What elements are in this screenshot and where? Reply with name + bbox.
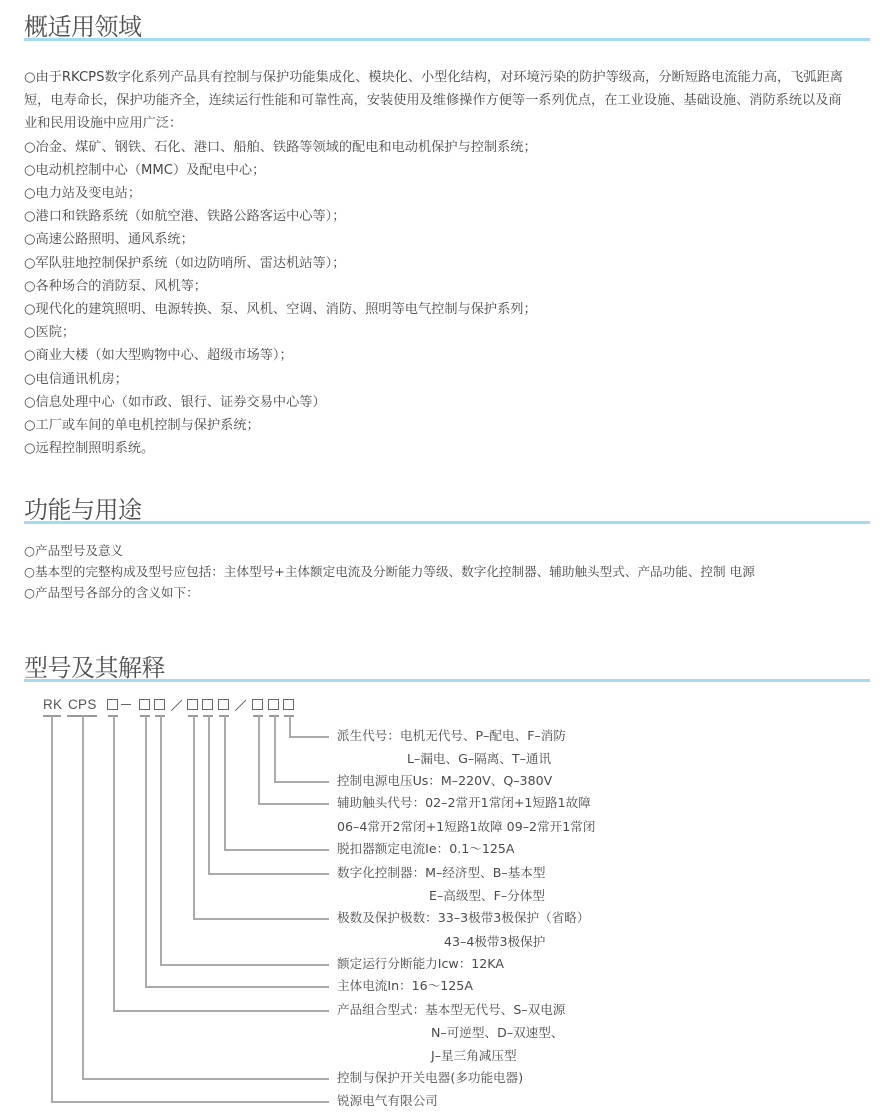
leader-main-current (145, 986, 329, 988)
code-prefix-rk: RK (43, 697, 62, 713)
connector-company (51, 716, 53, 1101)
leader-voltage (274, 781, 329, 783)
connector-aux (258, 716, 260, 803)
leader-company (51, 1101, 329, 1103)
desc-device-type: 控制与保护开关电器(多功能电器) (337, 1070, 523, 1086)
model-code-diagram: RK CPS 派生代号：电机无代号、P–配电、F–消防 L–漏电、G–隔离、T (0, 0, 880, 1117)
desc-trip-current: 脱扣器额定电流Ie：0.1～125A (337, 841, 515, 857)
connector-main-current (145, 716, 147, 986)
desc-control-voltage: 控制电源电压Us：M–220V、Q–380V (337, 773, 552, 789)
connector-poles (193, 716, 195, 918)
code-slash (235, 700, 247, 712)
leader-poles (193, 918, 329, 920)
code-box-controller (202, 699, 213, 710)
desc-derivative-cont: L–漏电、G–隔离、T–通讯 (407, 751, 551, 767)
desc-poles: 极数及保护极数：33–3极带3极保护（省略） (337, 910, 589, 926)
leader-trip (224, 849, 329, 851)
desc-digital-controller-cont: E–高级型、F–分体型 (429, 888, 545, 904)
desc-poles-cont: 43–4极带3极保护 (444, 934, 545, 950)
code-box-aux (252, 699, 263, 710)
code-box-voltage (268, 699, 279, 710)
leader-derivative (289, 736, 329, 738)
code-prefix-cps: CPS (68, 697, 97, 713)
connector-combination (113, 716, 115, 1010)
connector-breaking (160, 716, 162, 964)
desc-derivative: 派生代号：电机无代号、P–配电、F–消防 (337, 728, 566, 744)
desc-breaking-capacity: 额定运行分断能力Icw：12KA (337, 956, 504, 972)
leader-device-type (82, 1078, 329, 1080)
code-box-poles (187, 699, 198, 710)
code-box-breaking (154, 699, 165, 710)
connector-controller (208, 716, 210, 873)
desc-aux-contact: 辅助触头代号：02–2常开1常闭+1短路1故障 (337, 795, 591, 811)
connector-trip (224, 716, 226, 849)
code-box-combination (107, 699, 118, 710)
desc-digital-controller: 数字化控制器：M–经济型、B–基本型 (337, 865, 545, 881)
connector-voltage (274, 716, 276, 781)
code-slash (171, 700, 183, 712)
connector-device-type (82, 716, 84, 1078)
code-box-derivative (283, 699, 294, 710)
desc-aux-contact-cont: 06–4常开2常闭+1短路1故障 09–2常开1常闭 (337, 819, 595, 835)
desc-company: 锐源电气有限公司 (337, 1093, 438, 1109)
leader-combination (113, 1010, 329, 1012)
desc-combination: 产品组合型式：基本型无代号、S–双电源 (337, 1002, 565, 1018)
code-box-trip (218, 699, 229, 710)
code-dash (121, 704, 131, 705)
leader-breaking (160, 964, 329, 966)
leader-aux (258, 803, 329, 805)
desc-combination-cont: J–星三角减压型 (431, 1048, 517, 1064)
desc-main-current: 主体电流In：16～125A (337, 978, 473, 994)
code-box-main-current (139, 699, 150, 710)
connector-derivative (289, 716, 291, 736)
desc-combination-cont: N–可逆型、D–双速型、 (431, 1025, 563, 1041)
leader-controller (208, 873, 329, 875)
